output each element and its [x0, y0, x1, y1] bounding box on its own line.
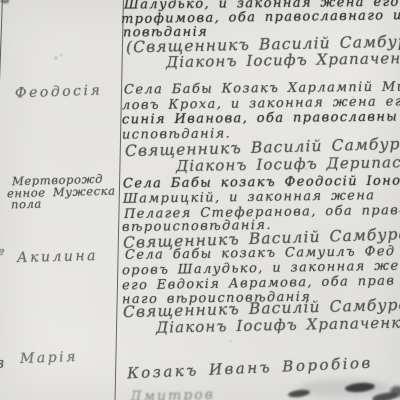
entry-0-deacon-signature: Діаконъ Іосифъ Храпаченко [166, 51, 400, 70]
register-page-scan: Шалудько, и законная жена его Е трофимов… [0, 0, 400, 400]
margin-number-fragment-bottom: з [0, 356, 6, 371]
entry-1-deacon-signature: Діаконъ Іосифъ Дерипаско [176, 155, 400, 174]
entry-3-name: Акилина [17, 249, 98, 265]
entry-4-clipped-line: Дмитров [130, 388, 215, 400]
entry-4-name: Марія [20, 350, 78, 366]
ink-blot-4 [390, 386, 400, 397]
entry-4-body-line-0: Козакъ Иванъ Воробіов [127, 356, 373, 382]
entry-0-body-line-1: трофимова, оба православнаго ис [121, 9, 400, 26]
paper-specks [0, 0, 2, 2]
stray-pen-stroke [4, 0, 35, 11]
ink-blot-1 [288, 389, 311, 399]
left-margin-rule [0, 0, 3, 400]
entry-1-body-line-2: синія Иванова, оба православны [122, 111, 398, 127]
entry-2-name-line-2: пола [11, 199, 42, 211]
entry-1-name: Феодосія [15, 83, 103, 100]
entry-3-deacon-signature: Діаконъ Іосифъ Храпаченко [156, 315, 400, 335]
margin-number-fragment-mid: е [0, 246, 6, 257]
